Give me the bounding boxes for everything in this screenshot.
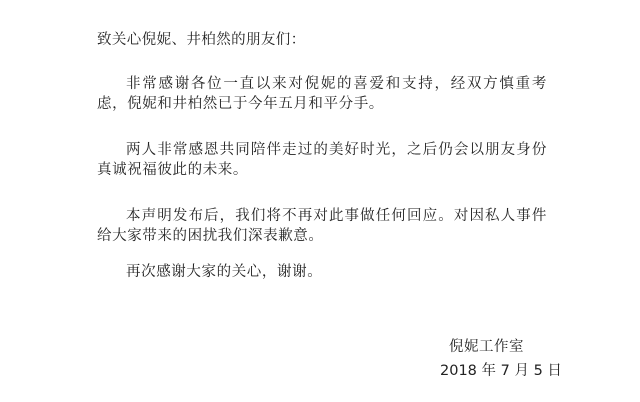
paragraph-no-response: 本声明发布后，我们将不再对此事做任何回应。对因私人事件给大家带来的困扰我们深表歉… bbox=[97, 206, 547, 246]
date: 2018 年 7 月 5 日 bbox=[440, 361, 562, 381]
paragraph-gratitude: 两人非常感恩共同陪伴走过的美好时光，之后仍会以朋友身份真诚祝福彼此的未来。 bbox=[97, 140, 547, 180]
salutation: 致关心倪妮、井柏然的朋友们： bbox=[97, 30, 306, 50]
signature: 倪妮工作室 bbox=[449, 337, 524, 357]
paragraph-thanks: 非常感谢各位一直以来对倪妮的喜爱和支持，经双方慎重考虑，倪妮和井柏然已于今年五月… bbox=[97, 74, 547, 114]
paragraph-closing: 再次感谢大家的关心，谢谢。 bbox=[97, 262, 547, 282]
